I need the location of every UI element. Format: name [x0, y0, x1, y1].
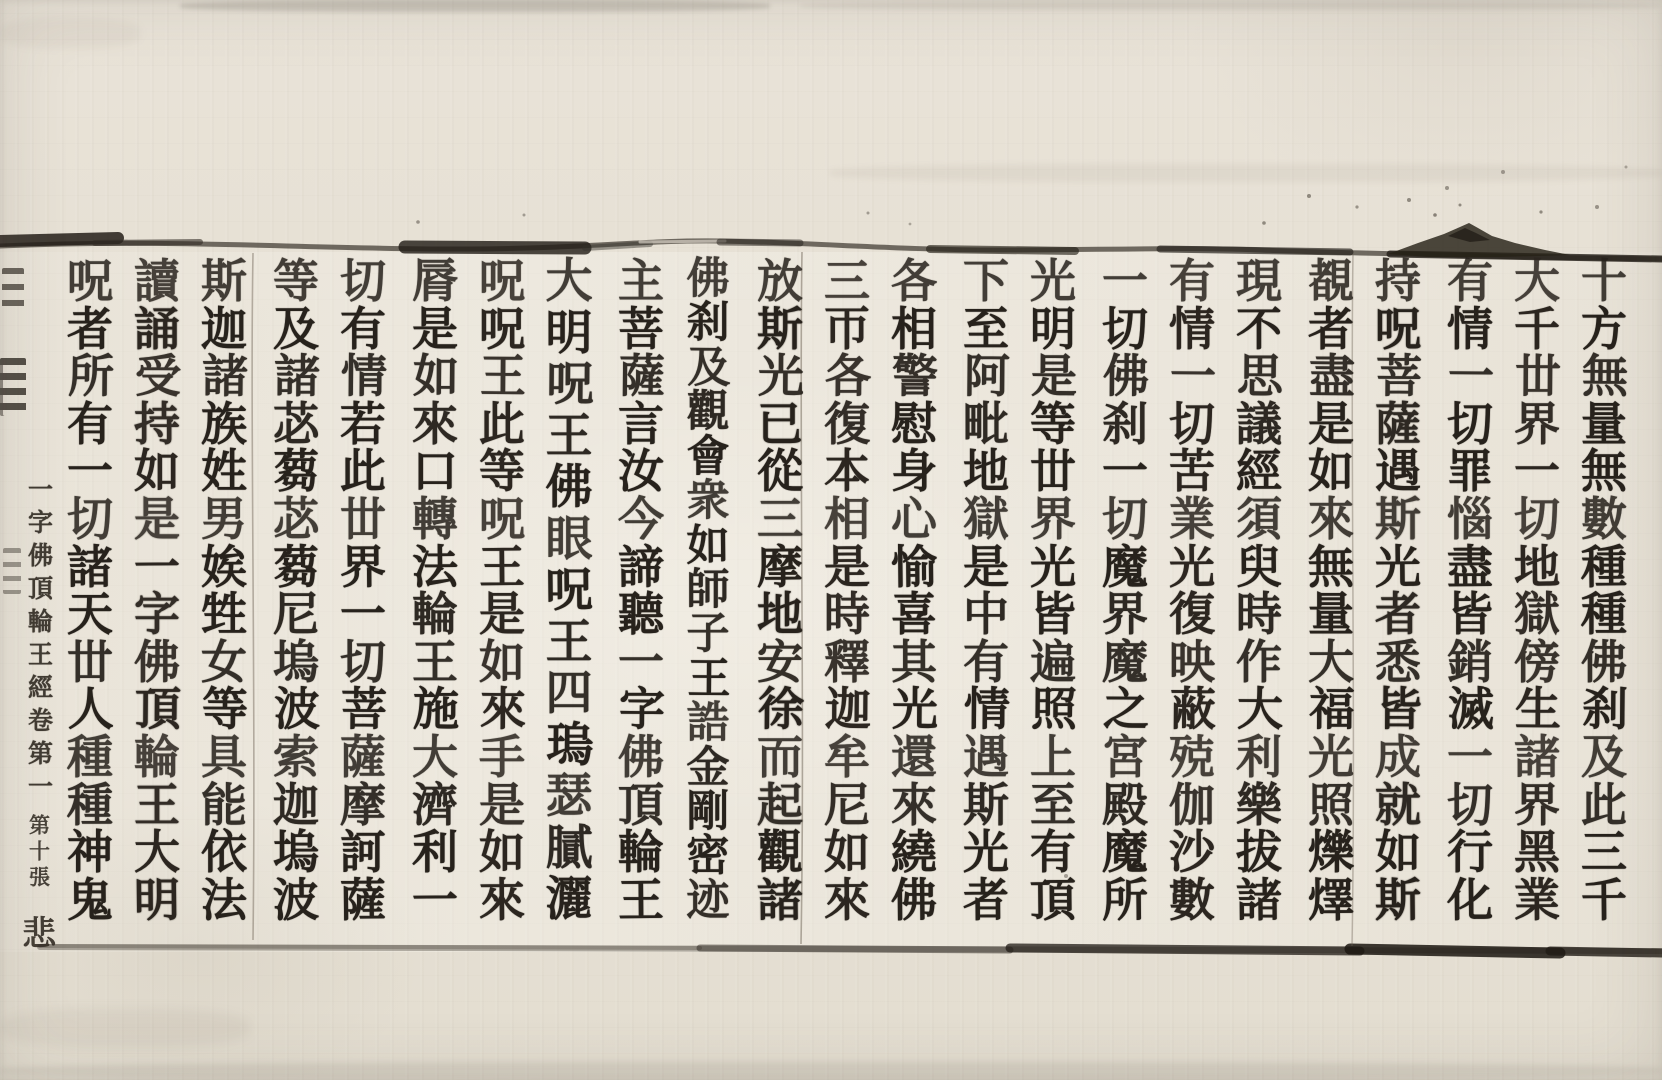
glyph: 數	[1163, 877, 1221, 924]
glyph: 及	[1575, 734, 1633, 780]
glyph: 諦	[612, 543, 670, 590]
glyph: 呪	[541, 361, 599, 409]
glyph: 相	[818, 496, 876, 542]
glyph: 師	[679, 569, 737, 612]
glyph: 獄	[957, 496, 1015, 542]
glyph: 薩	[613, 353, 671, 400]
glyph: 種	[61, 782, 119, 828]
glyph: 王	[406, 639, 464, 685]
glyph: 愉	[885, 543, 943, 590]
glyph: 眼	[540, 516, 598, 563]
glyph: 相	[885, 306, 943, 352]
glyph: 輪	[128, 734, 186, 780]
glyph: 菩	[1370, 353, 1428, 400]
text-column: 持呪菩薩遇斯光者悉皆成就如斯	[1369, 258, 1427, 923]
glyph: 法	[406, 543, 464, 590]
glyph: 切	[1096, 306, 1154, 352]
glyph: 本	[818, 448, 876, 494]
glyph: 各	[885, 258, 943, 304]
glyph: 頂	[612, 782, 670, 828]
glyph: 一	[1096, 448, 1154, 494]
glyph: 黑	[1508, 829, 1566, 875]
glyph: 呪	[61, 258, 119, 304]
glyph: 照	[1302, 782, 1360, 828]
glyph: 一	[1442, 353, 1500, 400]
text-column: 有情一切苦業光復映蔽殑伽沙數	[1163, 258, 1221, 923]
glyph: 方	[1575, 306, 1633, 352]
glyph: 法	[195, 877, 253, 924]
glyph: 千	[1575, 877, 1633, 924]
glyph: 是	[957, 543, 1015, 590]
glyph: 覩	[1302, 258, 1360, 304]
glyph: 所	[62, 353, 120, 400]
glyph: 刹	[679, 302, 737, 345]
glyph: 臾	[1230, 543, 1288, 590]
glyph: 身	[885, 448, 943, 494]
glyph: 盡	[1441, 543, 1499, 590]
glyph: 各	[819, 353, 877, 400]
glyph: 瑟	[540, 773, 598, 820]
glyph: 一	[406, 877, 464, 924]
glyph: 皆	[1024, 591, 1082, 637]
glyph: 來	[818, 877, 876, 924]
text-column: 一切佛刹一切魔界魔之宮殿魔所	[1096, 258, 1154, 923]
glyph: 光	[1024, 258, 1082, 304]
glyph: 切	[1441, 782, 1499, 828]
glyph: 薩	[334, 877, 392, 924]
glyph: 誥	[679, 702, 737, 745]
text-column: 主菩薩言汝今諦聽一字佛頂輪王	[612, 258, 670, 923]
glyph: 波	[268, 686, 326, 733]
glyph: 光	[1024, 543, 1082, 590]
glyph: 光	[957, 829, 1015, 875]
glyph: 一	[334, 591, 392, 637]
text-column: 佛刹及觀會衆如師子王誥金剛密迹	[679, 258, 737, 923]
glyph: 有	[1163, 258, 1221, 304]
glyph: 至	[1024, 782, 1082, 828]
glyph: 族	[195, 401, 253, 447]
glyph: 有	[334, 306, 392, 352]
glyph: 佛	[540, 464, 598, 511]
glyph: 王	[128, 782, 186, 828]
glyph: 切	[1163, 401, 1221, 447]
glyph: 蒭	[267, 448, 325, 494]
glyph: 字	[613, 686, 671, 733]
glyph: 切	[334, 258, 392, 304]
text-column: 大明呪王佛眼呪王四瑦瑟膩灑	[540, 258, 598, 923]
glyph: 光	[752, 353, 810, 400]
glyph: 依	[195, 829, 253, 875]
glyph: 至	[957, 306, 1015, 352]
footer-case-mark: 悲	[22, 906, 57, 956]
glyph: 一	[61, 448, 119, 494]
glyph: 王	[540, 619, 598, 666]
glyph: 明	[1024, 306, 1082, 352]
glyph: 如	[473, 829, 531, 875]
glyph: 盡	[1303, 353, 1361, 400]
glyph: 刹	[1096, 401, 1154, 447]
glyph: 蔽	[1164, 686, 1222, 733]
glyph: 作	[1230, 639, 1288, 685]
glyph: 大	[1302, 639, 1360, 685]
glyph: 呪	[540, 567, 598, 615]
glyph: 福	[1303, 686, 1361, 733]
glyph: 復	[1163, 591, 1221, 637]
glyph: 王	[612, 877, 670, 924]
glyph: 頂	[129, 686, 187, 733]
glyph: 界	[1024, 496, 1082, 542]
glyph: 大	[406, 734, 464, 780]
glyph: 字	[128, 591, 186, 637]
glyph: 佛	[128, 639, 186, 685]
glyph: 安	[751, 639, 809, 685]
glyph: 王	[474, 353, 532, 400]
text-column: 切有情若此丗界一切菩薩摩訶薩	[334, 258, 392, 923]
glyph: 丗	[1024, 448, 1082, 494]
glyph: 沙	[1163, 829, 1221, 875]
glyph: 呪	[473, 258, 531, 304]
glyph: 甡	[195, 591, 253, 637]
glyph: 斯	[1369, 877, 1427, 924]
glyph: 下	[957, 258, 1015, 304]
glyph: 界	[1508, 782, 1566, 828]
glyph: 手	[473, 734, 531, 780]
glyph: 塢	[267, 639, 325, 685]
glyph: 量	[1575, 401, 1633, 447]
glyph: 情	[1441, 306, 1499, 352]
glyph: 人	[62, 686, 120, 733]
glyph: 迦	[267, 782, 325, 828]
glyph: 光	[1163, 543, 1221, 590]
glyph: 神	[61, 829, 119, 875]
glyph: 須	[1230, 496, 1288, 542]
glyph: 切	[61, 496, 119, 542]
glyph: 王	[540, 413, 598, 460]
glyph: 衆	[679, 480, 737, 523]
glyph: 光	[1369, 543, 1427, 590]
glyph: 光	[886, 686, 944, 733]
glyph: 灑	[540, 876, 598, 923]
glyph: 斯	[751, 306, 809, 352]
glyph: 明	[540, 310, 598, 357]
glyph: 獄	[1508, 591, 1566, 637]
glyph: 繞	[885, 829, 943, 875]
glyph: 而	[751, 734, 809, 780]
glyph: 波	[267, 877, 325, 924]
glyph: 斯	[957, 782, 1015, 828]
glyph: 瑦	[541, 721, 599, 769]
glyph: 議	[1230, 401, 1288, 447]
glyph: 來	[885, 782, 943, 828]
glyph: 伽	[1163, 782, 1221, 828]
glyph: 者	[61, 306, 119, 352]
glyph: 帀	[818, 306, 876, 352]
glyph: 大	[1231, 686, 1289, 733]
glyph: 如	[128, 448, 186, 494]
glyph: 切	[334, 639, 392, 685]
glyph: 燡	[1302, 877, 1360, 924]
footer-scroll-title: 一字佛頂輪王經卷第一	[27, 476, 52, 806]
glyph: 十	[1575, 258, 1633, 304]
text-column: 三帀各復本相是時釋迦牟尼如來	[818, 258, 876, 923]
text-column: 下至阿毗地獄是中有情遇斯光者	[957, 258, 1015, 923]
glyph: 復	[818, 401, 876, 447]
glyph: 如	[1369, 829, 1427, 875]
glyph: 之	[1097, 686, 1155, 733]
glyph: 遍	[1024, 639, 1082, 685]
glyph: 經	[1230, 448, 1288, 494]
glyph: 情	[335, 353, 393, 400]
glyph: 皆	[1441, 591, 1499, 637]
glyph: 是	[406, 306, 464, 352]
text-column: 呪呪王此等呪王是如來手是如來	[473, 258, 531, 923]
glyph: 遇	[1369, 448, 1427, 494]
glyph: 種	[61, 734, 119, 780]
glyph: 如	[1302, 448, 1360, 494]
glyph: 言	[612, 401, 670, 447]
glyph: 惱	[1441, 496, 1499, 542]
glyph: 一	[1508, 448, 1566, 494]
glyph: 明	[128, 877, 186, 924]
glyph: 光	[1302, 734, 1360, 780]
glyph: 切	[1096, 496, 1154, 542]
glyph: 王	[680, 658, 738, 702]
glyph: 如	[473, 639, 531, 685]
glyph: 等	[196, 686, 254, 733]
glyph: 上	[1024, 734, 1082, 780]
glyph: 慰	[885, 401, 943, 447]
glyph: 大	[128, 829, 186, 875]
glyph: 佛	[1575, 639, 1633, 685]
glyph: 受	[129, 353, 187, 400]
glyph: 此	[1575, 782, 1633, 828]
glyph: 男	[195, 496, 253, 542]
glyph: 已	[751, 401, 809, 447]
glyph: 三	[1575, 829, 1633, 875]
glyph: 心	[885, 496, 943, 542]
glyph: 時	[1230, 591, 1288, 637]
glyph: 量	[1302, 591, 1360, 637]
glyph: 持	[1369, 258, 1427, 304]
glyph: 魔	[1096, 639, 1154, 685]
glyph: 殑	[1163, 734, 1221, 780]
glyph: 薩	[334, 734, 392, 780]
glyph: 丗	[334, 496, 392, 542]
glyph: 如	[407, 353, 465, 400]
glyph: 思	[1231, 353, 1289, 400]
glyph: 今	[612, 496, 670, 542]
glyph: 殿	[1096, 782, 1154, 828]
glyph: 主	[612, 258, 670, 304]
text-column: 有情一切罪惱盡皆銷滅一切行化	[1441, 258, 1499, 923]
glyph: 諸	[1230, 877, 1288, 924]
glyph: 苾	[267, 401, 325, 447]
glyph: 菩	[612, 306, 670, 352]
glyph: 諸	[268, 353, 326, 400]
glyph: 能	[195, 782, 253, 828]
glyph: 聽	[612, 591, 670, 637]
glyph: 者	[1302, 306, 1360, 352]
glyph: 鬼	[61, 877, 119, 924]
glyph: 濟	[406, 782, 464, 828]
text-column: 現不思議經須臾時作大利樂拔諸	[1230, 258, 1288, 923]
glyph: 脣	[406, 258, 464, 304]
glyph: 有	[61, 401, 119, 447]
glyph: 情	[1163, 306, 1221, 352]
glyph: 索	[267, 734, 325, 780]
glyph: 呪	[1369, 306, 1427, 352]
glyph: 薩	[1369, 401, 1427, 447]
glyph: 魔	[1096, 829, 1154, 875]
glyph: 者	[957, 877, 1015, 924]
glyph: 來	[474, 686, 532, 733]
glyph: 樂	[1230, 782, 1288, 828]
glyph: 等	[1024, 401, 1082, 447]
glyph: 就	[1369, 782, 1427, 828]
glyph: 來	[406, 401, 464, 447]
text-column: 呪者所有一切諸天丗人種種神鬼	[61, 258, 119, 923]
glyph: 行	[1441, 829, 1499, 875]
glyph: 輪	[612, 829, 670, 875]
glyph: 具	[195, 734, 253, 780]
text-column: 等及諸苾蒭苾蒭尼塢波索迦塢波	[267, 258, 325, 923]
glyph: 女	[195, 639, 253, 685]
glyph: 刹	[1576, 686, 1634, 733]
glyph: 利	[1230, 734, 1288, 780]
glyph: 其	[885, 639, 943, 685]
glyph: 界	[1096, 591, 1154, 637]
glyph: 映	[1163, 639, 1221, 685]
glyph: 佛	[885, 877, 943, 924]
glyph: 傍	[1508, 639, 1566, 685]
text-column: 各相警慰身心愉喜其光還來繞佛	[885, 258, 943, 923]
glyph: 呪	[473, 306, 531, 352]
glyph: 不	[1230, 306, 1288, 352]
glyph: 地	[957, 448, 1015, 494]
glyph: 業	[1508, 877, 1566, 924]
glyph: 所	[1096, 877, 1154, 924]
glyph: 無	[1575, 448, 1633, 494]
glyph: 界	[1508, 401, 1566, 447]
glyph: 是	[473, 591, 531, 637]
glyph: 種	[1575, 591, 1633, 637]
glyph: 是	[1025, 353, 1083, 400]
glyph: 此	[473, 401, 531, 447]
glyph: 施	[407, 686, 465, 733]
glyph: 情	[958, 686, 1016, 733]
glyph: 及	[680, 347, 738, 391]
text-column: 讀誦受持如是一字佛頂輪王大明	[128, 258, 186, 923]
glyph: 姓	[195, 448, 253, 494]
glyph: 數	[1575, 496, 1633, 542]
text-column: 光明是等丗界光皆遍照上至有頂	[1024, 258, 1082, 923]
glyph: 化	[1441, 877, 1499, 924]
glyph: 等	[267, 258, 325, 304]
glyph: 訶	[334, 829, 392, 875]
glyph: 大	[1508, 258, 1566, 304]
glyph: 來	[1302, 496, 1360, 542]
glyph: 如	[818, 829, 876, 875]
glyph: 娭	[195, 543, 253, 590]
glyph: 是	[818, 543, 876, 590]
glyph: 有	[1024, 829, 1082, 875]
glyph: 塢	[267, 829, 325, 875]
glyph: 天	[61, 591, 119, 637]
glyph: 迹	[679, 880, 737, 923]
glyph: 誦	[128, 306, 186, 352]
glyph: 佛	[1097, 353, 1155, 400]
glyph: 魔	[1096, 543, 1154, 590]
glyph: 佛	[679, 258, 737, 301]
glyph: 是	[128, 496, 186, 542]
glyph: 丗	[61, 639, 119, 685]
glyph: 四	[540, 670, 598, 717]
glyph: 摩	[334, 782, 392, 828]
glyph: 徐	[752, 686, 810, 733]
glyph: 此	[334, 448, 392, 494]
glyph: 苦	[1163, 448, 1221, 494]
glyph: 若	[334, 401, 392, 447]
glyph: 讀	[128, 258, 186, 304]
glyph: 諸	[61, 543, 119, 590]
glyph: 中	[957, 591, 1015, 637]
glyph: 金	[679, 747, 737, 790]
glyph: 種	[1575, 543, 1633, 590]
glyph: 有	[1441, 258, 1499, 304]
glyph: 銷	[1441, 639, 1499, 685]
glyph: 持	[128, 401, 186, 447]
glyph: 生	[1509, 686, 1567, 733]
glyph: 尼	[818, 782, 876, 828]
glyph: 膩	[540, 825, 598, 872]
glyph: 一	[612, 639, 670, 685]
glyph: 觀	[679, 391, 737, 434]
glyph: 時	[818, 591, 876, 637]
text-column: 斯迦諸族姓男娭甡女等具能依法	[195, 258, 253, 923]
glyph: 菩	[335, 686, 393, 733]
glyph: 如	[679, 524, 737, 568]
glyph: 輪	[406, 591, 464, 637]
glyph: 口	[406, 448, 464, 494]
glyph: 轉	[406, 496, 464, 542]
glyph: 遇	[957, 734, 1015, 780]
glyph: 蒭	[267, 543, 325, 590]
text-block: 十方無量無數種種佛刹及此三千大千丗界一切地獄傍生諸界黑業有情一切罪惱盡皆銷滅一切…	[0, 0, 1662, 1080]
glyph: 切	[1508, 496, 1566, 542]
glyph: 滅	[1442, 686, 1500, 733]
glyph: 千	[1508, 306, 1566, 352]
glyph: 諸	[1508, 734, 1566, 780]
glyph: 一	[128, 543, 186, 590]
glyph: 是	[1302, 401, 1360, 447]
glyph: 迦	[819, 686, 877, 733]
glyph: 喜	[885, 591, 943, 637]
glyph: 現	[1230, 258, 1288, 304]
glyph: 一	[1164, 353, 1222, 400]
glyph: 罪	[1441, 448, 1499, 494]
glyph: 警	[886, 353, 944, 400]
glyph: 子	[679, 613, 737, 656]
glyph: 還	[885, 734, 943, 780]
glyph: 釋	[818, 639, 876, 685]
glyph: 界	[334, 543, 392, 590]
glyph: 頂	[1024, 877, 1082, 924]
glyph: 丗	[1509, 353, 1567, 400]
glyph: 大	[540, 258, 598, 305]
text-column: 大千丗界一切地獄傍生諸界黑業	[1508, 258, 1566, 923]
glyph: 利	[406, 829, 464, 875]
glyph: 三	[751, 496, 809, 542]
